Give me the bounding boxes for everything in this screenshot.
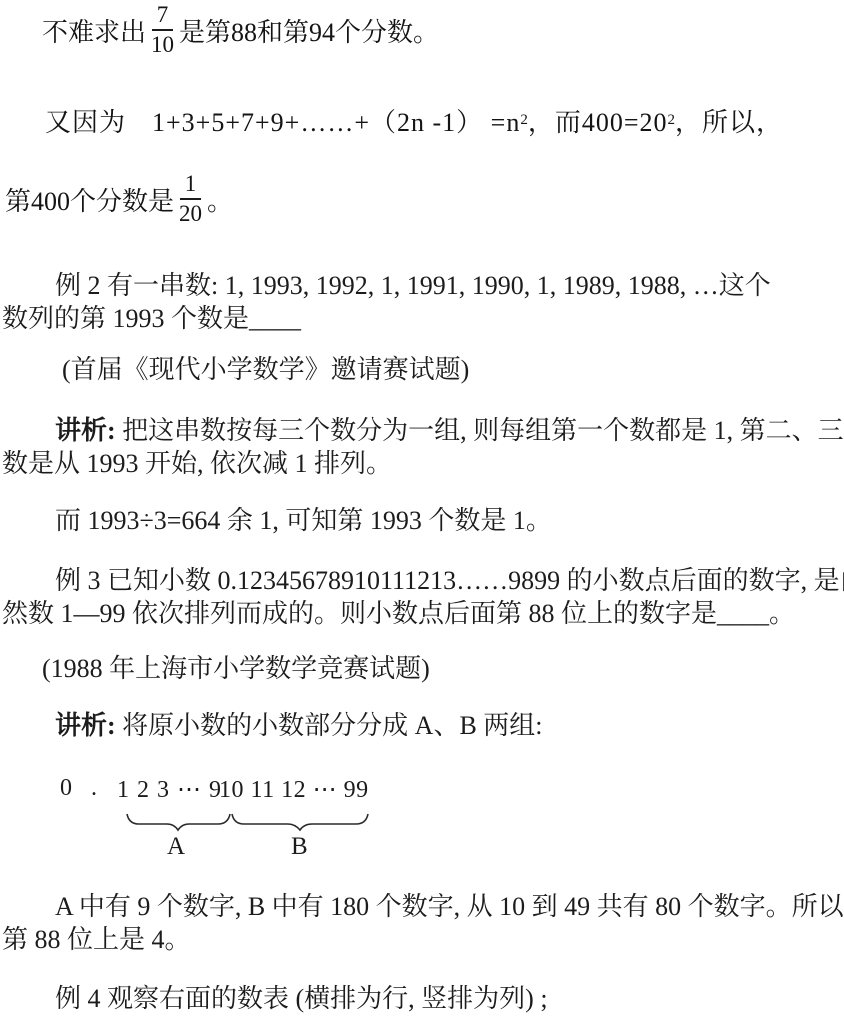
analysis2-line1-text: 把这串数按每三个数分为一组, 则每组第一个数都是 1, 第二、三个: [122, 416, 844, 445]
formula2-expression-b: ，而400=20: [528, 102, 668, 139]
fraction-denominator: 10: [151, 31, 174, 57]
example4-text-line1: 例 4 观察右面的数表 (横排为行, 竖排为列) ;: [55, 983, 548, 1016]
math-textbook-page: 不难求出 7 10 是第88和第94个分数。 又因为 1+3+5+7+9+……+…: [0, 0, 844, 1024]
fraction-7-10: 7 10: [151, 3, 174, 57]
diagram-zero: 0: [60, 775, 72, 802]
formula2-expression-c: ，所以，: [675, 102, 783, 139]
analysis3-line: 讲析: 将原小数的小数部分分成 A、B 两组:: [55, 710, 543, 743]
underbrace-b: [232, 814, 368, 830]
formula2-superscript-b: 2: [668, 112, 676, 129]
formula2-expression-a: 1+3+5+7+9+……+（2n -1） =n: [152, 102, 520, 139]
example2-source: (首届《现代小学数学》邀请赛试题): [62, 354, 469, 387]
formula-line-7-10: 不难求出 7 10 是第88和第94个分数。: [42, 2, 439, 58]
diagram-label-a: A: [167, 833, 185, 861]
example2-text-line2: 数列的第 1993 个数是____: [2, 303, 301, 336]
fraction-denominator: 20: [179, 200, 202, 226]
analysis2-line2: 数是从 1993 开始, 依次减 1 排列。: [2, 448, 392, 481]
example3-text-line2: 然数 1—99 依次排列而成的。则小数点后面第 88 位上的数字是____。: [2, 598, 795, 631]
formula2-label: 又因为: [45, 102, 126, 139]
diagram-decimal-point: .: [91, 775, 97, 802]
underbrace-icon: [55, 811, 415, 835]
example3-text-line1: 例 3 已知小数 0.12345678910111213……9899 的小数点后…: [55, 565, 844, 598]
example2-text-line1: 例 2 有一串数: 1, 1993, 1992, 1, 1991, 1990, …: [55, 270, 771, 303]
fraction-1-20: 1 20: [179, 172, 202, 226]
analysis2-line1: 讲析: 把这串数按每三个数分为一组, 则每组第一个数都是 1, 第二、三个: [55, 415, 844, 448]
formula2-superscript-a: 2: [520, 112, 528, 129]
analysis3-label: 讲析:: [55, 711, 122, 740]
diagram-digit-row: 0 . 1 2 3 ⋯ 9 10 11 12 ⋯ 99: [55, 775, 425, 807]
conclusion3-line2: 第 88 位上是 4。: [2, 924, 191, 957]
fraction-numerator: 1: [180, 172, 202, 200]
analysis3-text: 将原小数的小数部分分成 A、B 两组:: [122, 711, 542, 740]
example3-source: (1988 年上海市小学数学竞赛试题): [42, 653, 430, 686]
formula-line-1-20: 第400个分数是 1 20 。: [5, 170, 233, 228]
diagram-group-a-digits: 1 2 3 ⋯ 9: [117, 775, 222, 804]
analysis2-label: 讲析:: [55, 416, 122, 445]
conclusion3-line1: A 中有 9 个数字, B 中有 180 个数字, 从 10 到 49 共有 8…: [55, 891, 844, 924]
formula3-post-text: 。: [207, 181, 233, 218]
formula1-post-text: 是第88和第94个分数。: [179, 12, 439, 49]
diagram-group-b-digits: 10 11 12 ⋯ 99: [219, 775, 369, 804]
formula3-pre-text: 第400个分数是: [5, 181, 174, 218]
fraction-numerator: 7: [152, 3, 174, 31]
diagram-label-b: B: [291, 833, 308, 861]
underbrace-a: [127, 814, 230, 830]
formula-line-odd-sum: 又因为 1+3+5+7+9+……+（2n -1） =n2，而400=202，所以…: [45, 100, 783, 140]
formula1-pre-text: 不难求出: [42, 12, 146, 49]
analysis2-line3: 而 1993÷3=664 余 1, 可知第 1993 个数是 1。: [55, 505, 552, 538]
decimal-grouping-diagram: 0 . 1 2 3 ⋯ 9 10 11 12 ⋯ 99 A B: [55, 775, 425, 875]
